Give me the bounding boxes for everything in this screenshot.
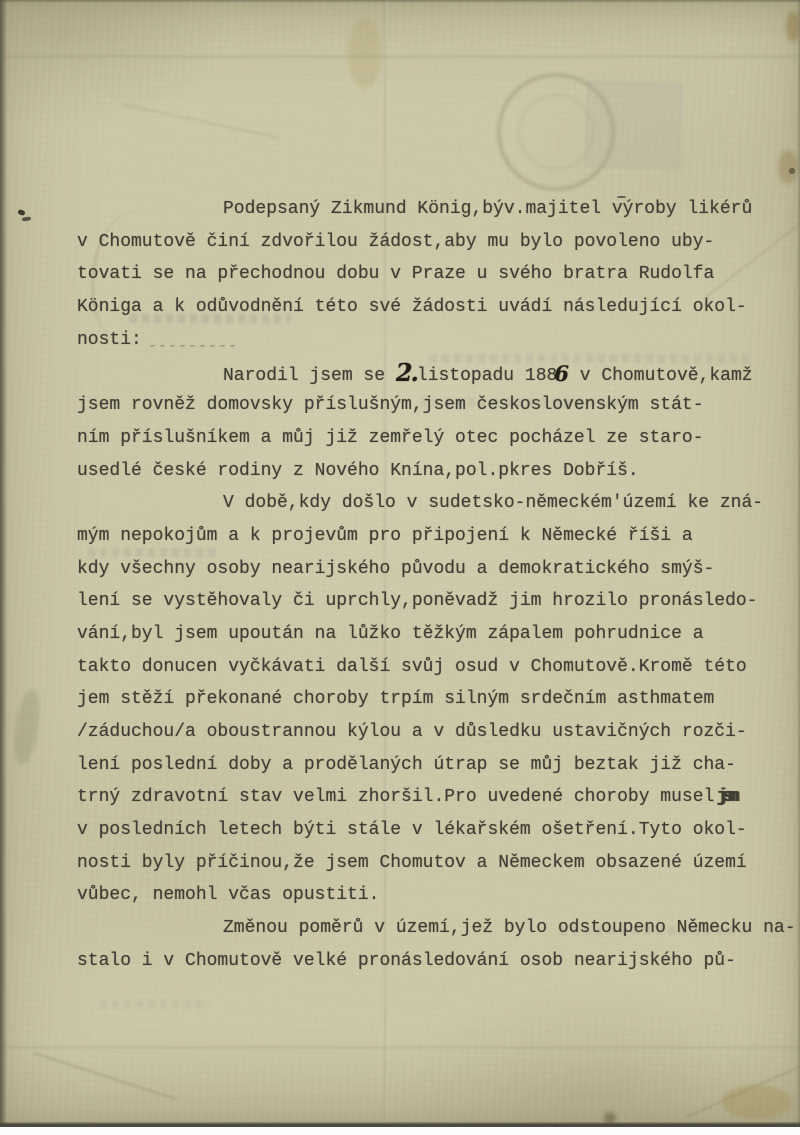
handwritten-day-correction: 2. (396, 358, 417, 387)
typewritten-line: lení se vystěhovaly či uprchly,poněvadž … (77, 585, 777, 618)
typewritten-line-nosti: nosti:--------- (77, 324, 777, 357)
tape-residue-patch (585, 81, 683, 169)
typewritten-line: jsem rovněž domovsky příslušným,jsem čes… (77, 389, 777, 422)
typewritten-line: Königa a k odůvodnění této své žádosti u… (77, 291, 777, 324)
typewritten-line: stalo i v Chomutově velké pronásledování… (77, 945, 777, 978)
typewritten-line-overstrike: trný zdravotní stav velmi zhoršil.Pro uv… (77, 781, 777, 814)
scanned-document-page: Podepsaný Zikmund König,býv.majitel výro… (0, 0, 800, 1135)
typewritten-line: nosti byly příčinou,že jsem Chomutov a N… (77, 847, 777, 880)
typewritten-line: tovati se na přechodnou dobu v Praze u s… (77, 258, 777, 291)
scan-edge-top (0, 0, 800, 3)
typewritten-line: ním příslušníkem a můj již zemřelý otec … (77, 422, 777, 455)
nosti-label: nosti: (77, 330, 142, 350)
typewritten-text-block: Podepsaný Zikmund König,býv.majitel výro… (77, 193, 777, 978)
typewritten-line: v posledních letech býti stále v lékařsk… (77, 814, 777, 847)
scan-edge-left (0, 0, 7, 1127)
typewritten-line: /záduchou/a oboustrannou kýlou a v důsle… (77, 716, 777, 749)
typewritten-line: kdy všechny osoby nearijského původu a d… (77, 553, 777, 586)
typewritten-line-birthdate: Narodil jsem se 2.listopadu 1886 v Chomu… (77, 356, 777, 389)
typewritten-line: usedlé české rodiny z Nového Knína,pol.p… (77, 455, 777, 488)
typewritten-line: mým nepokojům a k projevům pro připojení… (77, 520, 777, 553)
typewritten-line: Podepsaný Zikmund König,býv.majitel výro… (77, 193, 777, 226)
overtyped-characters: jsm (714, 787, 733, 807)
typewritten-line: vání,byl jsem upoután na lůžko těžkým zá… (77, 618, 777, 651)
typewritten-line: vůbec, nemohl včas opustiti. (77, 879, 777, 912)
typewritten-line: Změnou poměrů v území,jež bylo odstoupen… (77, 912, 777, 945)
typewritten-line: V době,kdy došlo v sudetsko-německém'úze… (77, 487, 777, 520)
typewritten-line: lení poslední doby a prodělaných útrap s… (77, 749, 777, 782)
ink-speck-right-edge (789, 168, 795, 174)
faint-dashed-underline: --------- (148, 338, 238, 355)
typewritten-line: jem stěží překonané choroby trpím silným… (77, 683, 777, 716)
typewritten-line: v Chomutově činí zdvořilou žádost,aby mu… (77, 226, 777, 259)
handwritten-year-digit-correction: 6 (554, 361, 569, 386)
typewritten-line: takto donucen vyčkávati další svůj osud … (77, 651, 777, 684)
scanner-bed-background (0, 1127, 800, 1135)
